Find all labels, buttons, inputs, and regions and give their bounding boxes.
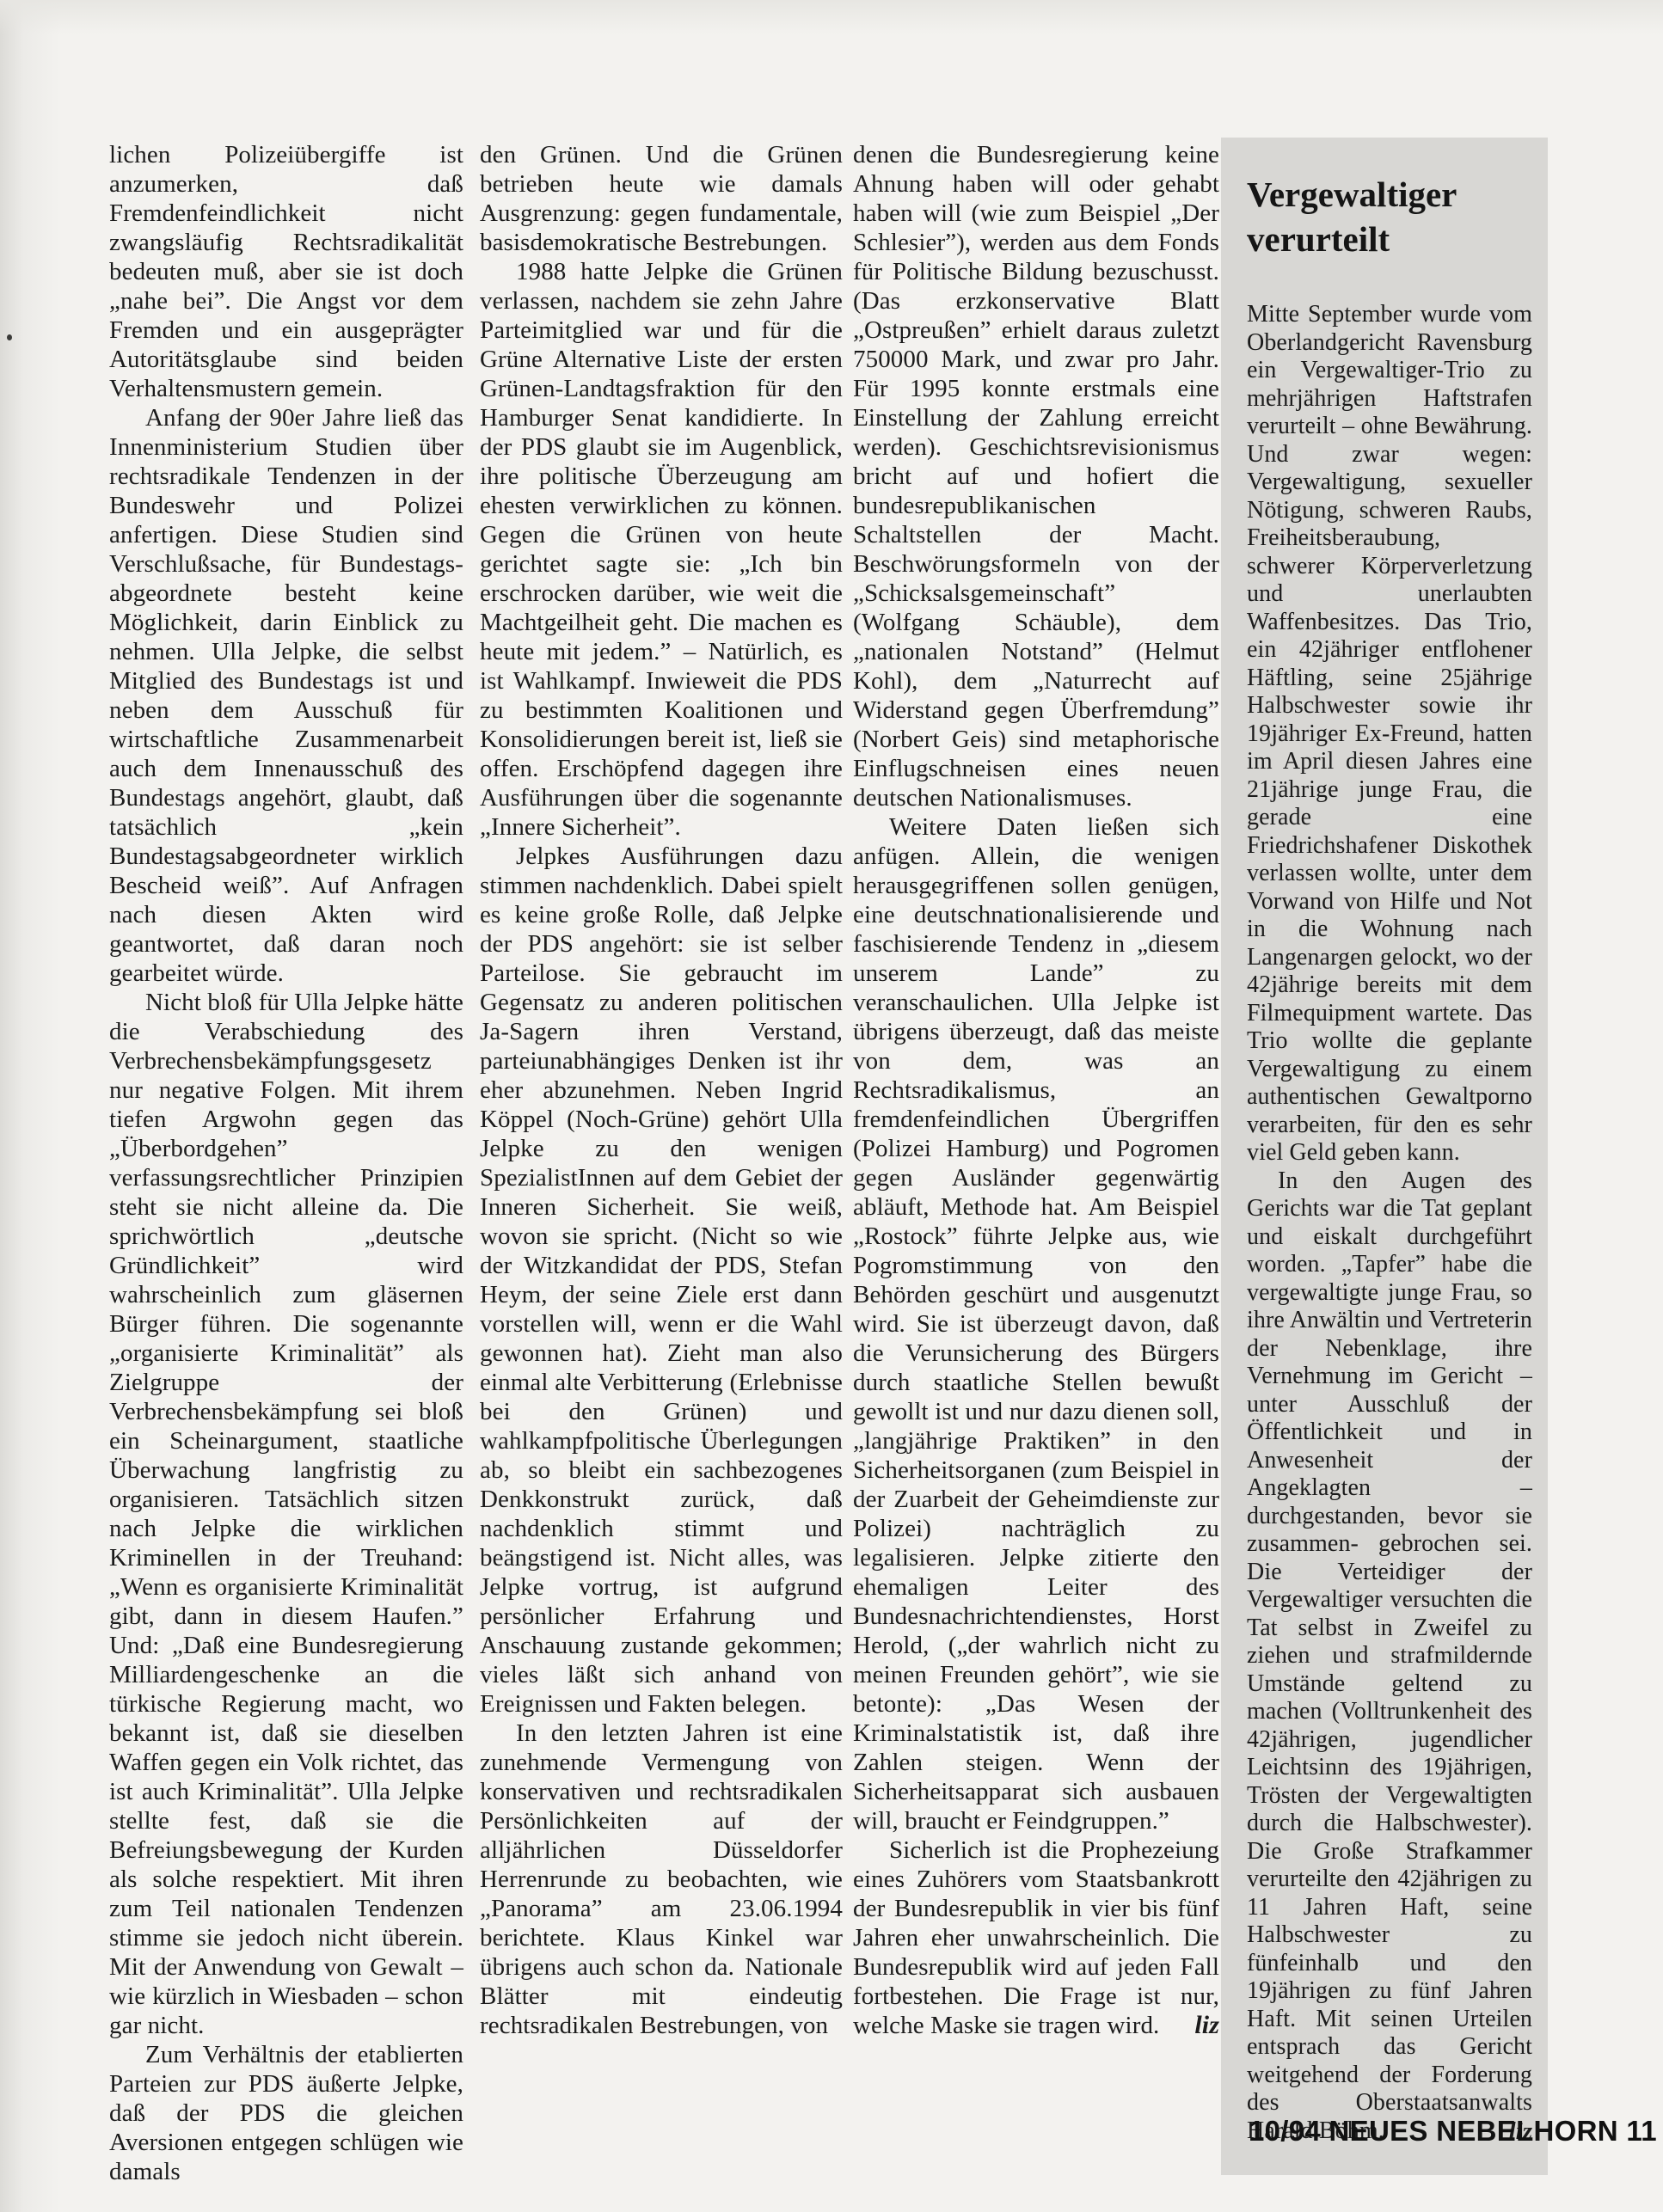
sidebar-title: Vergewaltiger verurteilt: [1247, 172, 1496, 261]
paragraph: In den letzten Jahren ist eine zunehmend…: [480, 1719, 843, 2040]
paragraph: denen die Bundesregierung keine Ahnung h…: [853, 140, 1219, 812]
article-column-3: denen die Bundesregierung keine Ahnung h…: [853, 140, 1219, 2040]
scan-edge-left: [0, 0, 60, 2212]
article-signature: liz: [1194, 2011, 1219, 2039]
magazine-page: { "colors": { "paper": "#f3f2ef", "sideb…: [0, 0, 1663, 2212]
sidebar-paragraph: Mitte September wurde vom Oberlandgerich…: [1247, 301, 1532, 1167]
paragraph: Anfang der 90er Jahre ließ das Innenmini…: [109, 403, 463, 988]
sidebar-paragraph: In den Augen des Gerichts war die Tat ge…: [1247, 1167, 1532, 2146]
paragraph: Jelpkes Ausführungen dazu stimmen nachde…: [480, 842, 843, 1719]
scan-edge-top: [0, 0, 1663, 34]
page-footer: 10/94 NEUES NEBELHORN 11: [1249, 2115, 1657, 2148]
article-column-1: lichen Polizeiübergiffe ist anzumerken, …: [109, 140, 463, 2186]
paragraph: 1988 hatte Jelpke die Grünen verlassen, …: [480, 257, 843, 842]
paragraph: Sicherlich ist die Prophezeiung eines Zu…: [853, 1835, 1219, 2040]
sidebar-box: Vergewaltiger verurteilt Mitte September…: [1221, 138, 1548, 2175]
ink-speck: [7, 334, 12, 340]
paragraph: lichen Polizeiübergiffe ist anzumerken, …: [109, 140, 463, 403]
paragraph: Weitere Daten ließen sich anfügen. Allei…: [853, 812, 1219, 1835]
paragraph: den Grünen. Und die Grünen betrieben heu…: [480, 140, 843, 257]
article-column-2: den Grünen. Und die Grünen betrieben heu…: [480, 140, 843, 2040]
paragraph: Nicht bloß für Ulla Jelpke hätte die Ver…: [109, 988, 463, 2040]
paragraph: Zum Verhältnis der etablierten Parteien …: [109, 2040, 463, 2186]
